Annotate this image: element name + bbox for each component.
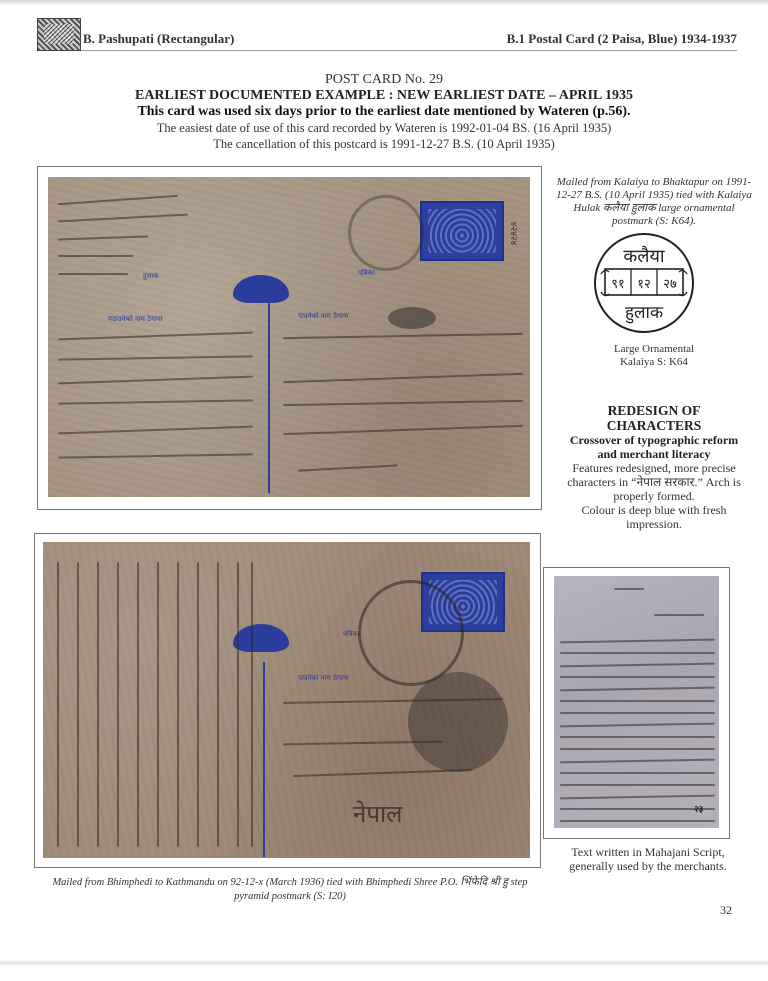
printed-sender-address-label: पठाउनेको नाम ठेगाना [108, 315, 163, 324]
mahajani-letter-frame: २३ [543, 567, 730, 839]
redesign-note: REDESIGN OF CHARACTERS Crossover of typo… [560, 403, 748, 531]
title-block: POST CARD No. 29 EARLIEST DOCUMENTED EXA… [0, 72, 768, 152]
page-number: 32 [720, 903, 732, 918]
section-title: B. Pashupati (Rectangular) [83, 31, 234, 47]
cancellation-date-note: The cancellation of this postcard is 199… [0, 136, 768, 152]
postmark-label: Large Ornamental Kalaiya S: K64 [556, 343, 752, 369]
postcard-2-image: पत्रिका पाउनेको नाम ठेगाना नेपाल [43, 542, 530, 858]
bhimphedi-cancellation-mark [358, 580, 464, 686]
postcard-1-caption: Mailed from Kalaiya to Bhaktapur on 1991… [556, 176, 752, 228]
postcard-2-caption: Mailed from Bhimphedi to Kathmandu on 92… [40, 876, 540, 904]
lion-emblem-icon [233, 624, 289, 652]
address-divider-line [268, 303, 270, 493]
printed-hulak-label: हुलाक [143, 272, 159, 281]
redesign-subheading: Crossover of typographic reform and merc… [560, 433, 748, 461]
pashupati-stamp-thumbnail-icon [37, 18, 81, 51]
postmark-top-text: कलैया [623, 245, 664, 267]
postmark-bottom-text: हुलाक [625, 303, 664, 324]
postmark-ink-blot [388, 307, 436, 329]
postcard-number: POST CARD No. 29 [0, 72, 768, 88]
page-header: B. Pashupati (Rectangular) B.1 Postal Ca… [37, 18, 737, 51]
cancellation-mark [348, 195, 424, 271]
kalaiya-postmark-illustration: कलैया ९१ १२ २७ हुलाक [593, 232, 695, 334]
page-bottom-shadow [0, 960, 768, 966]
postcard-1-frame: हुलाक पत्रिका पठाउनेको नाम ठेगाना पाउनेक… [37, 166, 542, 510]
address-divider-line [263, 662, 265, 857]
postmark-day: २७ [663, 277, 677, 292]
redesign-body-2: Colour is deep blue with fresh impressio… [560, 503, 748, 531]
wateren-date-note: The easiest date of use of this card rec… [0, 120, 768, 136]
subheadline: This card was used six days prior to the… [0, 104, 768, 120]
redesign-heading-1: REDESIGN OF [560, 403, 748, 418]
headline: EARLIEST DOCUMENTED EXAMPLE : NEW EARLIE… [0, 88, 768, 104]
printed-recipient-address-label: पाउनेको नाम ठेगाना [298, 674, 349, 683]
side-inventory-number: ४२४२४ [508, 222, 521, 245]
mahajani-caption: Text written in Mahajani Script, general… [548, 845, 748, 873]
postcard-2-frame: पत्रिका पाउनेको नाम ठेगाना नेपाल [34, 533, 541, 868]
postmark-month: १२ [637, 277, 651, 292]
printed-patrika-label: पत्रिका [358, 269, 375, 278]
printed-recipient-address-label: पाउनेको नाम ठेगाना [298, 312, 349, 321]
mahajani-letter-image: २३ [554, 576, 719, 828]
postmark-label-line2: Kalaiya S: K64 [556, 356, 752, 369]
redesign-heading-2: CHARACTERS [560, 418, 748, 433]
letter-corner-number: २३ [694, 802, 703, 815]
step-pyramid-postmark [408, 672, 508, 772]
postcard-1-image: हुलाक पत्रिका पठाउनेको नाम ठेगाना पाउनेक… [48, 177, 530, 497]
postmark-year: ९१ [611, 277, 625, 292]
page-top-shadow [0, 0, 768, 6]
postmark-label-line1: Large Ornamental [556, 343, 752, 356]
redesign-body-1: Features redesigned, more precise charac… [560, 461, 748, 503]
lion-emblem-icon [233, 275, 289, 303]
chapter-title: B.1 Postal Card (2 Paisa, Blue) 1934-193… [507, 31, 737, 47]
handwritten-destination: नेपाल [353, 797, 402, 830]
blue-pashupati-stamp-icon [420, 201, 504, 261]
